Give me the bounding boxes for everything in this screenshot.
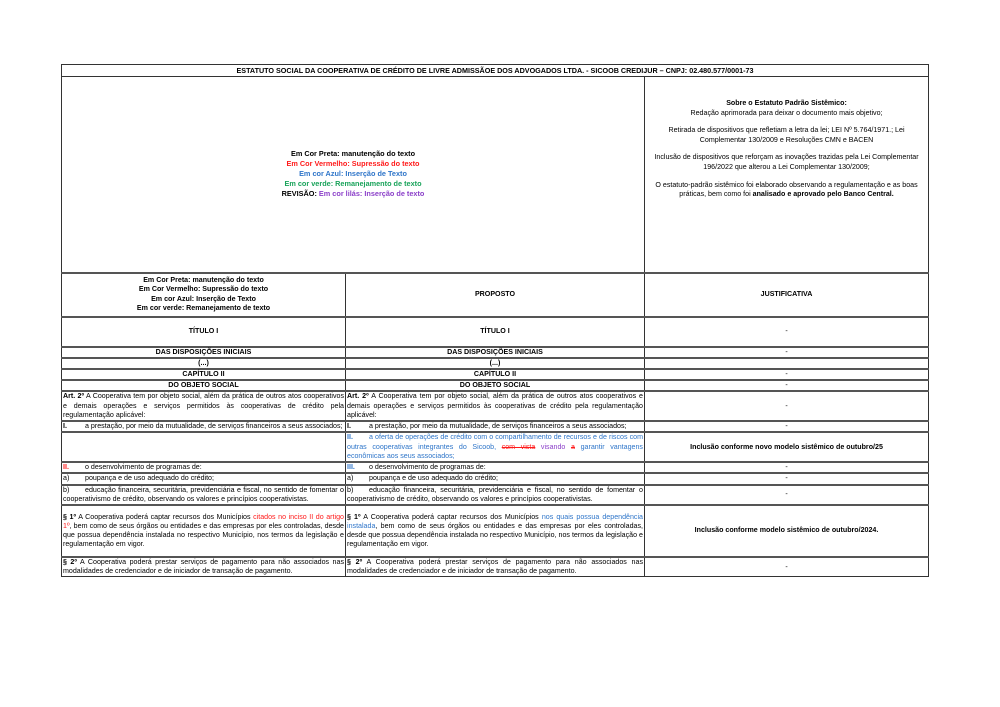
legend-black: Em Cor Preta: manutenção do texto: [63, 149, 643, 159]
about-p2: Retirada de dispositivos que refletiam a…: [647, 126, 926, 145]
table-row-paragraph-1: § 1º A Cooperativa poderá captar recurso…: [62, 505, 929, 557]
current-column-header: Em Cor Preta: manutenção do texto Em Cor…: [62, 273, 346, 317]
table-row-ellipsis: (...) (...): [62, 358, 929, 369]
table-row-inciso-1: I.a prestação, por meio da mutualidade, …: [62, 421, 929, 432]
statute-comparison-document: ESTATUTO SOCIAL DA COOPERATIVA DE CRÉDIT…: [61, 64, 928, 577]
about-p1: Redação aprimorada para deixar o documen…: [647, 109, 926, 119]
column-header-row: Em Cor Preta: manutenção do texto Em Cor…: [62, 273, 929, 317]
table-row-paragraph-2: § 2º A Cooperativa poderá prestar serviç…: [62, 557, 929, 577]
legend-blue: Em cor Azul: Inserção de Texto: [63, 169, 643, 179]
about-heading: Sobre o Estatuto Padrão Sistêmico:: [726, 99, 847, 107]
about-standard-statute: Sobre o Estatuto Padrão Sistêmico: Redaç…: [645, 77, 929, 273]
about-p3: Inclusão de dispositivos que reforçam as…: [647, 153, 926, 172]
comparison-table: ESTATUTO SOCIAL DA COOPERATIVA DE CRÉDIT…: [61, 64, 929, 577]
table-row-disposicoes: DAS DISPOSIÇÕES INICIAIS DAS DISPOSIÇÕES…: [62, 347, 929, 358]
legend-green: Em cor verde: Remanejamento de texto: [63, 179, 643, 189]
legend-purple: Em cor lilás: Inserção de texto: [319, 189, 424, 198]
table-row-inciso-programas: II.o desenvolvimento de programas de: II…: [62, 462, 929, 473]
proposed-column-header: PROPOSTO: [346, 273, 645, 317]
table-row-art2: Art. 2º A Cooperativa tem por objeto soc…: [62, 391, 929, 421]
table-row-objeto: DO OBJETO SOCIAL DO OBJETO SOCIAL -: [62, 380, 929, 391]
legend-red: Em Cor Vermelho: Supressão do texto: [63, 159, 643, 169]
table-row-titulo: TÍTULO I TÍTULO I -: [62, 317, 929, 347]
color-legend: Em Cor Preta: manutenção do texto Em Cor…: [62, 77, 645, 273]
legend-row: Em Cor Preta: manutenção do texto Em Cor…: [62, 77, 929, 273]
document-title: ESTATUTO SOCIAL DA COOPERATIVA DE CRÉDIT…: [62, 65, 929, 77]
table-row-alinea-a: a)poupança e de uso adequado do crédito;…: [62, 473, 929, 484]
about-p4: O estatuto-padrão sistêmico foi elaborad…: [647, 181, 926, 200]
table-row-capitulo: CAPÍTULO II CAPÍTULO II -: [62, 369, 929, 380]
document-title-row: ESTATUTO SOCIAL DA COOPERATIVA DE CRÉDIT…: [62, 65, 929, 77]
legend-revision: REVISÃO: Em cor lilás: Inserção de texto: [63, 189, 643, 199]
table-row-inciso-2-new: II.a oferta de operações de crédito com …: [62, 432, 929, 462]
table-row-alinea-b: b)educação financeira, securitária, prev…: [62, 485, 929, 505]
justification-column-header: JUSTIFICATIVA: [645, 273, 929, 317]
